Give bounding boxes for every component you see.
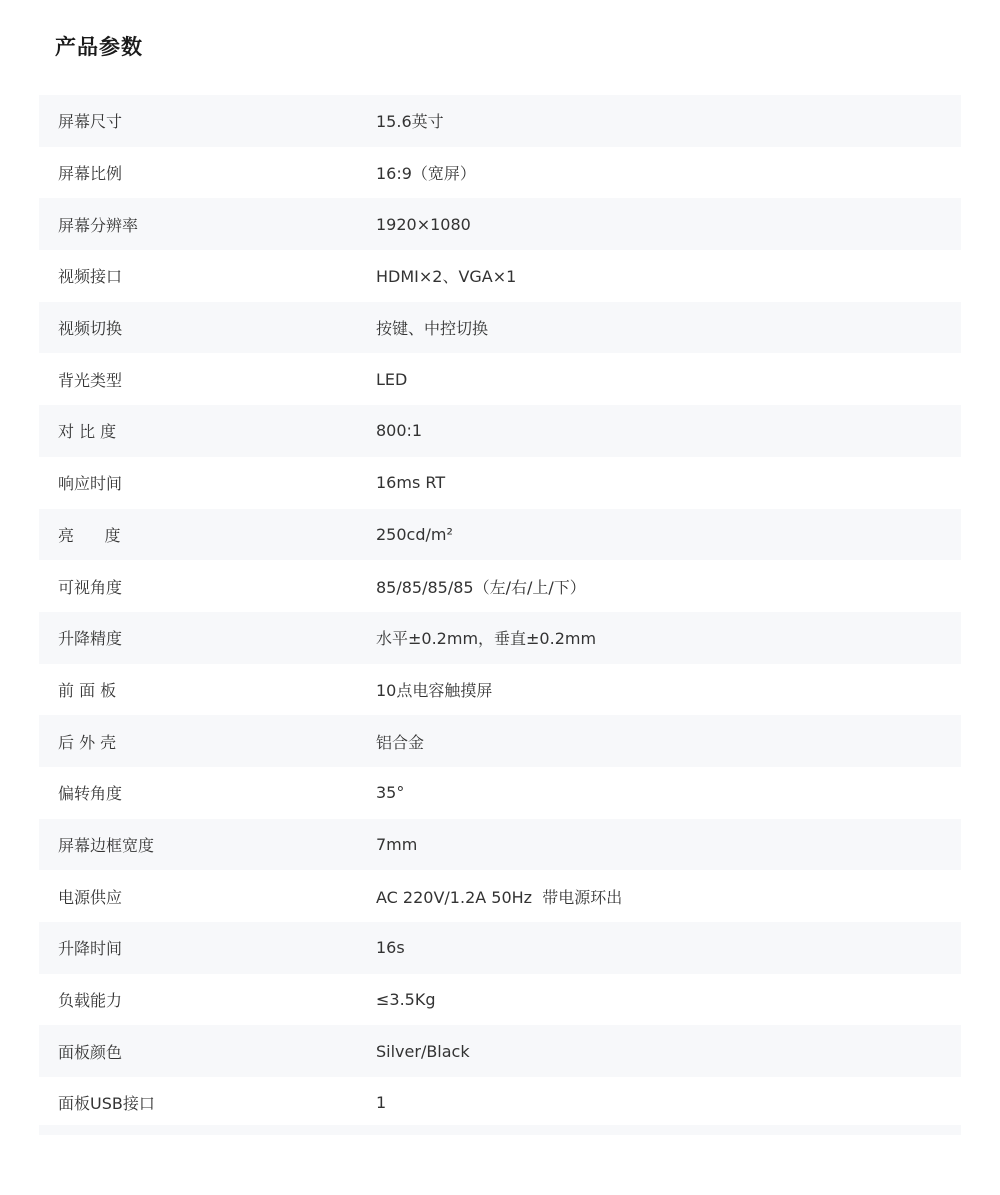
spec-label: 屏幕比例: [39, 161, 376, 184]
spec-label: 负载能力: [39, 988, 376, 1011]
spec-label: 面板USB接口: [39, 1091, 376, 1114]
spec-label: 亮 度: [39, 523, 376, 546]
spec-row: 后 外 壳铝合金: [39, 715, 961, 767]
spec-value: 800:1: [376, 421, 961, 440]
spec-label: 升降时间: [39, 936, 376, 959]
spec-label: 屏幕分辨率: [39, 213, 376, 236]
spec-row: 可视角度85/85/85/85（左/右/上/下）: [39, 560, 961, 612]
spec-value: Silver/Black: [376, 1042, 961, 1061]
spec-row: 电源供应AC 220V/1.2A 50Hz 带电源环出: [39, 870, 961, 922]
spec-value: 7mm: [376, 835, 961, 854]
table-bottom-strip: [39, 1125, 961, 1135]
spec-label: 屏幕边框宽度: [39, 833, 376, 856]
spec-row: 面板颜色Silver/Black: [39, 1025, 961, 1077]
spec-label: 视频接口: [39, 264, 376, 287]
spec-row: 视频切换按键、中控切换: [39, 302, 961, 354]
spec-row: 偏转角度35°: [39, 767, 961, 819]
spec-row: 亮 度250cd/m²: [39, 509, 961, 561]
spec-row: 屏幕比例16:9（宽屏）: [39, 147, 961, 199]
spec-value: ≤3.5Kg: [376, 990, 961, 1009]
spec-row: 响应时间16ms RT: [39, 457, 961, 509]
spec-value: 250cd/m²: [376, 525, 961, 544]
spec-value: 35°: [376, 783, 961, 802]
spec-value: LED: [376, 370, 961, 389]
spec-row: 屏幕尺寸15.6英寸: [39, 95, 961, 147]
spec-label: 对 比 度: [39, 419, 376, 442]
spec-value: 15.6英寸: [376, 109, 961, 132]
spec-label: 电源供应: [39, 885, 376, 908]
spec-value: 铝合金: [376, 730, 961, 753]
spec-row: 升降精度水平±0.2mm，垂直±0.2mm: [39, 612, 961, 664]
spec-row: 屏幕边框宽度7mm: [39, 819, 961, 871]
spec-label: 面板颜色: [39, 1040, 376, 1063]
spec-value: 16ms RT: [376, 473, 961, 492]
spec-label: 视频切换: [39, 316, 376, 339]
spec-value: 16:9（宽屏）: [376, 161, 961, 184]
spec-label: 背光类型: [39, 368, 376, 391]
spec-label: 响应时间: [39, 471, 376, 494]
spec-label: 偏转角度: [39, 781, 376, 804]
spec-label: 前 面 板: [39, 678, 376, 701]
spec-value: AC 220V/1.2A 50Hz 带电源环出: [376, 885, 961, 908]
spec-row: 屏幕分辨率1920×1080: [39, 198, 961, 250]
spec-row: 负载能力≤3.5Kg: [39, 974, 961, 1026]
spec-label: 后 外 壳: [39, 730, 376, 753]
spec-row: 对 比 度800:1: [39, 405, 961, 457]
spec-row: 面板USB接口1: [39, 1077, 961, 1129]
spec-value: 1920×1080: [376, 215, 961, 234]
spec-row: 升降时间16s: [39, 922, 961, 974]
spec-table: 屏幕尺寸15.6英寸 屏幕比例16:9（宽屏） 屏幕分辨率1920×1080 视…: [39, 95, 961, 1129]
page-title: 产品参数: [55, 31, 143, 61]
spec-row: 前 面 板10点电容触摸屏: [39, 664, 961, 716]
spec-label: 可视角度: [39, 575, 376, 598]
spec-label: 屏幕尺寸: [39, 109, 376, 132]
spec-value: HDMI×2、VGA×1: [376, 264, 961, 287]
spec-value: 按键、中控切换: [376, 316, 961, 339]
spec-value: 10点电容触摸屏: [376, 678, 961, 701]
spec-value: 85/85/85/85（左/右/上/下）: [376, 575, 961, 598]
spec-value: 16s: [376, 938, 961, 957]
spec-label: 升降精度: [39, 626, 376, 649]
spec-value: 水平±0.2mm，垂直±0.2mm: [376, 626, 961, 649]
spec-value: 1: [376, 1093, 961, 1112]
spec-row: 视频接口HDMI×2、VGA×1: [39, 250, 961, 302]
spec-row: 背光类型LED: [39, 353, 961, 405]
